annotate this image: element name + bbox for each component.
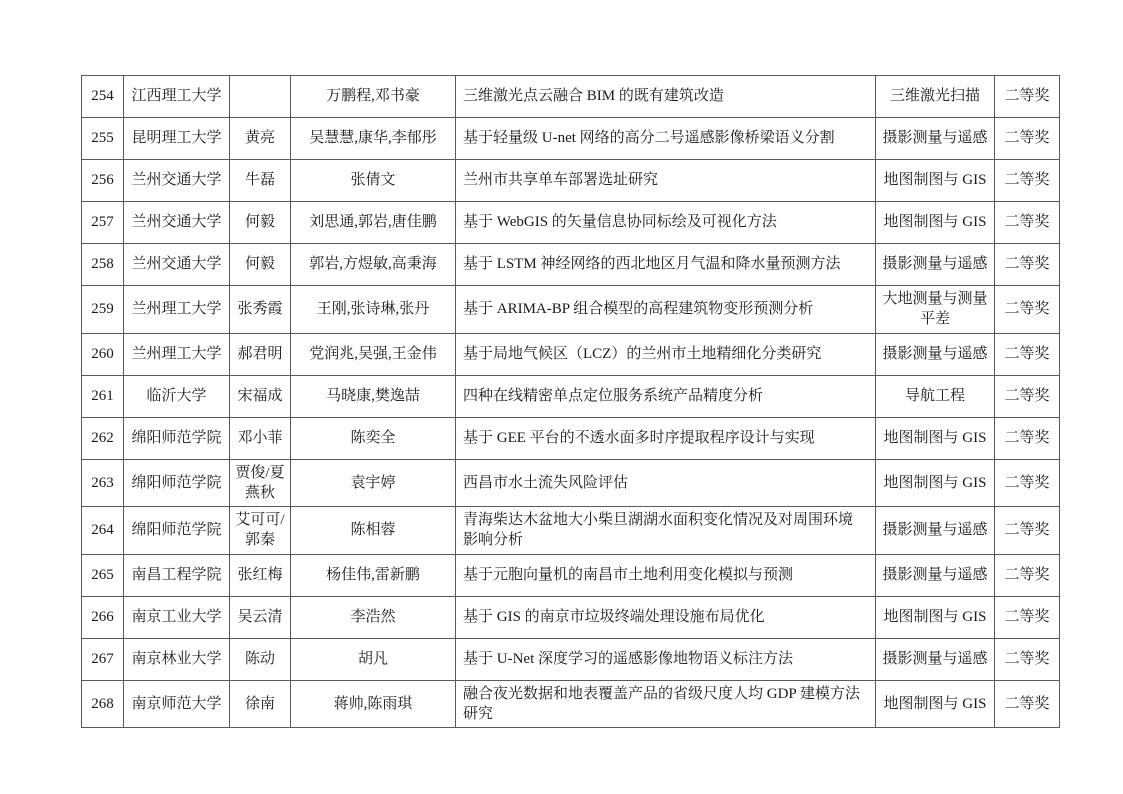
cell-award: 二等奖 [995,202,1060,244]
table-row: 256 兰州交通大学 牛磊 张倩文 兰州市共享单车部署选址研究 地图制图与 GI… [82,160,1060,202]
cell-students: 袁宇婷 [291,459,456,507]
cell-advisor: 邓小菲 [230,417,291,459]
cell-university: 南京师范大学 [124,680,230,728]
cell-university: 兰州交通大学 [124,160,230,202]
awards-table: 254 江西理工大学 万鹏程,邓书豪 三维激光点云融合 BIM 的既有建筑改造 … [81,75,1060,728]
cell-title: 青海柴达木盆地大小柴旦湖湖水面积变化情况及对周围环境影响分析 [456,507,876,555]
cell-advisor: 牛磊 [230,160,291,202]
cell-university: 兰州交通大学 [124,244,230,286]
cell-students: 杨佳伟,雷新鹏 [291,554,456,596]
cell-students: 马晓康,樊逸喆 [291,375,456,417]
cell-advisor: 贾俊/夏燕秋 [230,459,291,507]
cell-category: 地图制图与 GIS [876,202,995,244]
cell-students: 万鹏程,邓书豪 [291,76,456,118]
cell-award: 二等奖 [995,596,1060,638]
cell-title: 四种在线精密单点定位服务系统产品精度分析 [456,375,876,417]
cell-advisor: 徐南 [230,680,291,728]
cell-row-number: 262 [82,417,124,459]
table-row: 267 南京林业大学 陈动 胡凡 基于 U-Net 深度学习的遥感影像地物语义标… [82,638,1060,680]
cell-advisor: 何毅 [230,202,291,244]
cell-advisor: 张秀霞 [230,286,291,334]
cell-category: 摄影测量与遥感 [876,554,995,596]
cell-university: 临沂大学 [124,375,230,417]
cell-row-number: 260 [82,333,124,375]
cell-advisor: 陈动 [230,638,291,680]
cell-title: 基于元胞向量机的南昌市土地利用变化模拟与预测 [456,554,876,596]
cell-students: 蒋帅,陈雨琪 [291,680,456,728]
cell-row-number: 261 [82,375,124,417]
cell-title: 基于轻量级 U-net 网络的高分二号遥感影像桥梁语义分割 [456,118,876,160]
cell-award: 二等奖 [995,160,1060,202]
cell-award: 二等奖 [995,286,1060,334]
cell-students: 王刚,张诗琳,张丹 [291,286,456,334]
cell-students: 张倩文 [291,160,456,202]
cell-students: 陈奕全 [291,417,456,459]
cell-category: 导航工程 [876,375,995,417]
table-row: 262 绵阳师范学院 邓小菲 陈奕全 基于 GEE 平台的不透水面多时序提取程序… [82,417,1060,459]
cell-row-number: 264 [82,507,124,555]
cell-category: 摄影测量与遥感 [876,333,995,375]
cell-award: 二等奖 [995,244,1060,286]
cell-category: 地图制图与 GIS [876,417,995,459]
cell-title: 三维激光点云融合 BIM 的既有建筑改造 [456,76,876,118]
cell-award: 二等奖 [995,554,1060,596]
cell-advisor [230,76,291,118]
table-row: 268 南京师范大学 徐南 蒋帅,陈雨琪 融合夜光数据和地表覆盖产品的省级尺度人… [82,680,1060,728]
cell-title: 基于 LSTM 神经网络的西北地区月气温和降水量预测方法 [456,244,876,286]
table-row: 257 兰州交通大学 何毅 刘思通,郭岩,唐佳鹏 基于 WebGIS 的矢量信息… [82,202,1060,244]
cell-award: 二等奖 [995,507,1060,555]
cell-title: 基于 GIS 的南京市垃圾终端处理设施布局优化 [456,596,876,638]
cell-students: 胡凡 [291,638,456,680]
cell-award: 二等奖 [995,638,1060,680]
cell-students: 党润兆,吴强,王金伟 [291,333,456,375]
cell-category: 地图制图与 GIS [876,680,995,728]
cell-advisor: 宋福成 [230,375,291,417]
cell-award: 二等奖 [995,680,1060,728]
cell-students: 李浩然 [291,596,456,638]
cell-university: 绵阳师范学院 [124,459,230,507]
awards-table-body: 254 江西理工大学 万鹏程,邓书豪 三维激光点云融合 BIM 的既有建筑改造 … [82,76,1060,728]
cell-university: 南京林业大学 [124,638,230,680]
table-row: 254 江西理工大学 万鹏程,邓书豪 三维激光点云融合 BIM 的既有建筑改造 … [82,76,1060,118]
cell-award: 二等奖 [995,459,1060,507]
document-page: 254 江西理工大学 万鹏程,邓书豪 三维激光点云融合 BIM 的既有建筑改造 … [0,0,1123,794]
cell-university: 兰州理工大学 [124,286,230,334]
cell-category: 大地测量与测量平差 [876,286,995,334]
cell-students: 吴慧慧,康华,李郁彤 [291,118,456,160]
cell-title: 兰州市共享单车部署选址研究 [456,160,876,202]
cell-award: 二等奖 [995,375,1060,417]
cell-university: 绵阳师范学院 [124,417,230,459]
cell-category: 地图制图与 GIS [876,459,995,507]
cell-advisor: 何毅 [230,244,291,286]
cell-row-number: 255 [82,118,124,160]
table-row: 259 兰州理工大学 张秀霞 王刚,张诗琳,张丹 基于 ARIMA-BP 组合模… [82,286,1060,334]
table-row: 261 临沂大学 宋福成 马晓康,樊逸喆 四种在线精密单点定位服务系统产品精度分… [82,375,1060,417]
cell-category: 摄影测量与遥感 [876,244,995,286]
cell-university: 南昌工程学院 [124,554,230,596]
cell-category: 三维激光扫描 [876,76,995,118]
table-row: 260 兰州理工大学 郝君明 党润兆,吴强,王金伟 基于局地气候区（LCZ）的兰… [82,333,1060,375]
cell-university: 昆明理工大学 [124,118,230,160]
cell-category: 地图制图与 GIS [876,596,995,638]
cell-row-number: 258 [82,244,124,286]
cell-university: 兰州理工大学 [124,333,230,375]
cell-row-number: 263 [82,459,124,507]
table-row: 258 兰州交通大学 何毅 郭岩,方煜敏,高秉海 基于 LSTM 神经网络的西北… [82,244,1060,286]
cell-advisor: 郝君明 [230,333,291,375]
cell-row-number: 257 [82,202,124,244]
cell-title: 基于局地气候区（LCZ）的兰州市土地精细化分类研究 [456,333,876,375]
cell-row-number: 256 [82,160,124,202]
cell-row-number: 266 [82,596,124,638]
cell-row-number: 265 [82,554,124,596]
cell-title: 基于 WebGIS 的矢量信息协同标绘及可视化方法 [456,202,876,244]
cell-row-number: 259 [82,286,124,334]
cell-award: 二等奖 [995,76,1060,118]
table-row: 265 南昌工程学院 张红梅 杨佳伟,雷新鹏 基于元胞向量机的南昌市土地利用变化… [82,554,1060,596]
cell-advisor: 张红梅 [230,554,291,596]
cell-students: 陈相蓉 [291,507,456,555]
cell-row-number: 268 [82,680,124,728]
cell-advisor: 吴云清 [230,596,291,638]
table-row: 264 绵阳师范学院 艾可可/郭秦 陈相蓉 青海柴达木盆地大小柴旦湖湖水面积变化… [82,507,1060,555]
cell-students: 刘思通,郭岩,唐佳鹏 [291,202,456,244]
cell-row-number: 254 [82,76,124,118]
cell-title: 基于 U-Net 深度学习的遥感影像地物语义标注方法 [456,638,876,680]
table-row: 263 绵阳师范学院 贾俊/夏燕秋 袁宇婷 西昌市水土流失风险评估 地图制图与 … [82,459,1060,507]
cell-category: 摄影测量与遥感 [876,638,995,680]
cell-students: 郭岩,方煜敏,高秉海 [291,244,456,286]
cell-university: 兰州交通大学 [124,202,230,244]
cell-university: 江西理工大学 [124,76,230,118]
table-row: 255 昆明理工大学 黄亮 吴慧慧,康华,李郁彤 基于轻量级 U-net 网络的… [82,118,1060,160]
cell-university: 绵阳师范学院 [124,507,230,555]
cell-title: 融合夜光数据和地表覆盖产品的省级尺度人均 GDP 建模方法研究 [456,680,876,728]
cell-award: 二等奖 [995,118,1060,160]
cell-title: 基于 ARIMA-BP 组合模型的高程建筑物变形预测分析 [456,286,876,334]
cell-university: 南京工业大学 [124,596,230,638]
cell-category: 摄影测量与遥感 [876,118,995,160]
cell-award: 二等奖 [995,417,1060,459]
cell-advisor: 艾可可/郭秦 [230,507,291,555]
cell-category: 摄影测量与遥感 [876,507,995,555]
cell-title: 基于 GEE 平台的不透水面多时序提取程序设计与实现 [456,417,876,459]
cell-advisor: 黄亮 [230,118,291,160]
cell-row-number: 267 [82,638,124,680]
cell-award: 二等奖 [995,333,1060,375]
table-row: 266 南京工业大学 吴云清 李浩然 基于 GIS 的南京市垃圾终端处理设施布局… [82,596,1060,638]
cell-category: 地图制图与 GIS [876,160,995,202]
cell-title: 西昌市水土流失风险评估 [456,459,876,507]
